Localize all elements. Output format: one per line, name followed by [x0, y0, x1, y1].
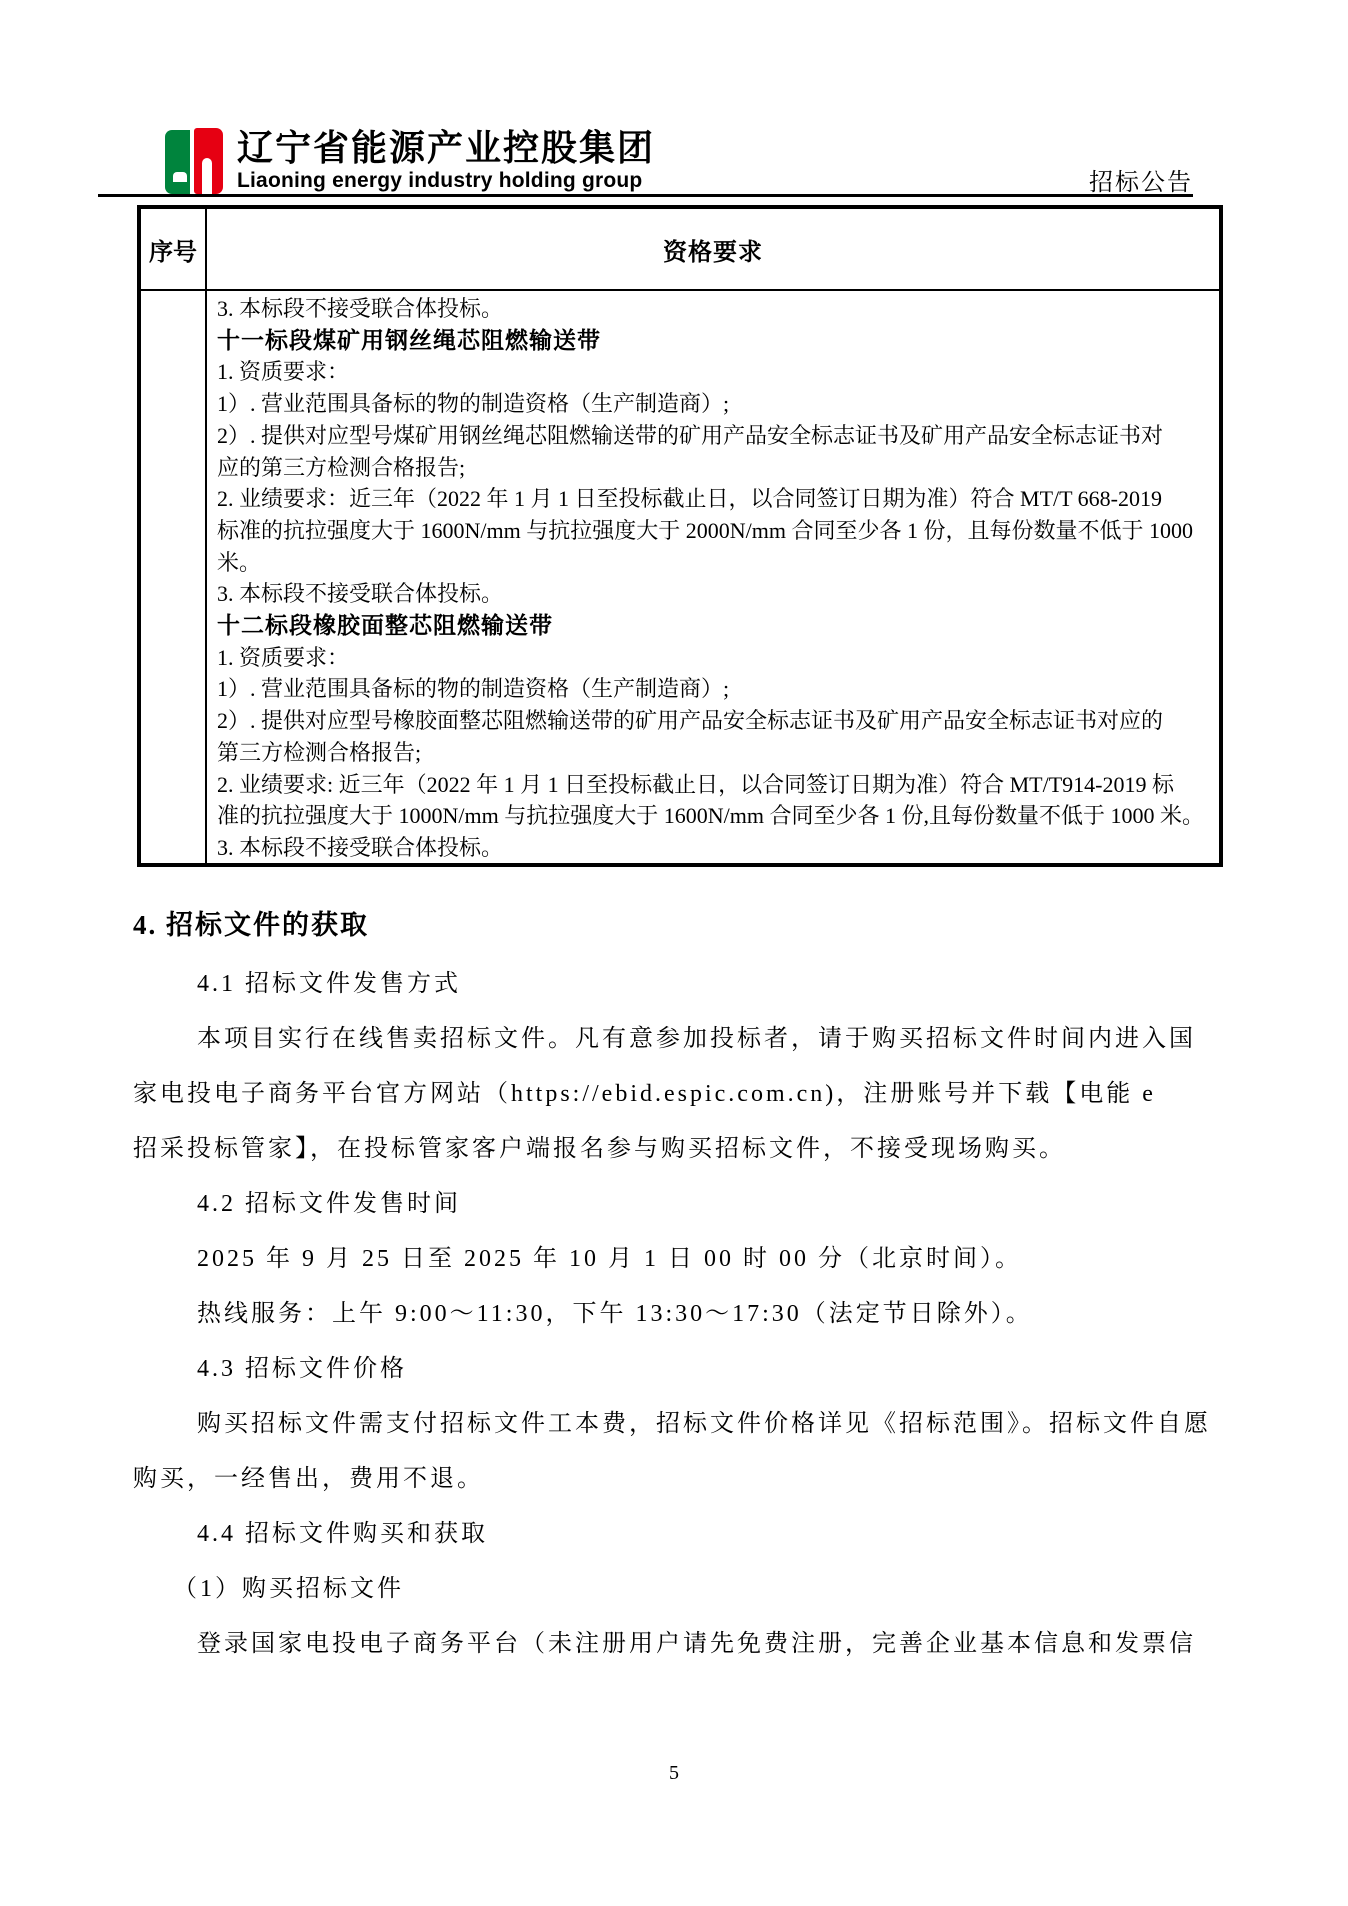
qualification-line: 2）. 提供对应型号橡胶面整芯阻燃输送带的矿用产品安全标志证书及矿用产品安全标志…: [217, 705, 1213, 737]
qualification-line: 2）. 提供对应型号煤矿用钢丝绳芯阻燃输送带的矿用产品安全标志证书及矿用产品安全…: [217, 420, 1213, 452]
logo-white-cutout: [202, 158, 212, 194]
section-4-line: 4.4 招标文件购买和获取: [133, 1507, 1221, 1562]
section-4-line: 4.3 招标文件价格: [133, 1342, 1221, 1397]
section-4-line: （1）购买招标文件: [133, 1562, 1221, 1617]
section-4-line: 登录国家电投电子商务平台（未注册用户请先免费注册，完善企业基本信息和发票信: [133, 1617, 1221, 1672]
header-divider: [98, 194, 1193, 197]
table-body-row: 3. 本标段不接受联合体投标。十一标段煤矿用钢丝绳芯阻燃输送带1. 资质要求：1…: [141, 291, 1219, 863]
section-4-heading: 4. 招标文件的获取: [133, 905, 1221, 957]
qualification-line: 3. 本标段不接受联合体投标。: [217, 293, 1213, 325]
qualification-line: 3. 本标段不接受联合体投标。: [217, 832, 1213, 863]
qualification-line: 米。: [217, 547, 1213, 579]
qualification-cell: 3. 本标段不接受联合体投标。十一标段煤矿用钢丝绳芯阻燃输送带1. 资质要求：1…: [207, 291, 1219, 863]
section-4-line: 本项目实行在线售卖招标文件。凡有意参加投标者，请于购买招标文件时间内进入国: [133, 1012, 1221, 1067]
qualification-line: 1）. 营业范围具备标的物的制造资格（生产制造商）;: [217, 673, 1213, 705]
company-name-cn: 辽宁省能源产业控股集团: [237, 128, 655, 168]
section-4-line: 购买招标文件需支付招标文件工本费，招标文件价格详见《招标范围》。招标文件自愿: [133, 1397, 1221, 1452]
company-logo-icon: [165, 128, 223, 194]
document-page: 辽宁省能源产业控股集团 Liaoning energy industry hol…: [0, 0, 1348, 1906]
section-4-line: 4.2 招标文件发售时间: [133, 1177, 1221, 1232]
table-header-row: 序号 资格要求: [141, 209, 1219, 291]
qualification-line: 应的第三方检测合格报告;: [217, 452, 1213, 484]
section-4-line: 2025 年 9 月 25 日至 2025 年 10 月 1 日 00 时 00…: [133, 1232, 1221, 1287]
logo-text-block: 辽宁省能源产业控股集团 Liaoning energy industry hol…: [237, 128, 655, 194]
serial-cell: [141, 291, 207, 863]
qualification-line: 十二标段橡胶面整芯阻燃输送带: [217, 610, 1213, 642]
logo-green-shape: [165, 130, 190, 194]
section-4-line: 购买，一经售出，费用不退。: [133, 1452, 1221, 1507]
page-number: 5: [0, 1762, 1348, 1785]
col-header-qualification: 资格要求: [207, 209, 1219, 289]
doc-type-label: 招标公告: [1089, 162, 1193, 197]
qualification-line: 2. 业绩要求: 近三年（2022 年 1 月 1 日至投标截止日，以合同签订日…: [217, 769, 1213, 801]
section-4-line: 4.1 招标文件发售方式: [133, 957, 1221, 1012]
qualification-line: 十一标段煤矿用钢丝绳芯阻燃输送带: [217, 325, 1213, 357]
section-4-line: 家电投电子商务平台官方网站（https://ebid.espic.com.cn)…: [133, 1067, 1221, 1122]
col-header-serial: 序号: [141, 209, 207, 289]
qualification-line: 3. 本标段不接受联合体投标。: [217, 578, 1213, 610]
company-logo: 辽宁省能源产业控股集团 Liaoning energy industry hol…: [165, 128, 655, 194]
company-name-en: Liaoning energy industry holding group: [237, 168, 655, 194]
qualification-line: 1. 资质要求：: [217, 356, 1213, 388]
section-4: 4. 招标文件的获取 4.1 招标文件发售方式本项目实行在线售卖招标文件。凡有意…: [133, 905, 1221, 1672]
qualification-table: 序号 资格要求 3. 本标段不接受联合体投标。十一标段煤矿用钢丝绳芯阻燃输送带1…: [137, 205, 1223, 867]
qualification-line: 第三方检测合格报告;: [217, 737, 1213, 769]
qualification-line: 1. 资质要求：: [217, 642, 1213, 674]
section-4-body: 4.1 招标文件发售方式本项目实行在线售卖招标文件。凡有意参加投标者，请于购买招…: [133, 957, 1221, 1672]
logo-white-notch: [173, 172, 187, 182]
qualification-line: 准的抗拉强度大于 1000N/mm 与抗拉强度大于 1600N/mm 合同至少各…: [217, 800, 1213, 832]
qualification-line: 标准的抗拉强度大于 1600N/mm 与抗拉强度大于 2000N/mm 合同至少…: [217, 515, 1213, 547]
qualification-line: 2. 业绩要求：近三年（2022 年 1 月 1 日至投标截止日，以合同签订日期…: [217, 483, 1213, 515]
section-4-line: 热线服务：上午 9:00～11:30，下午 13:30～17:30（法定节日除外…: [133, 1287, 1221, 1342]
qualification-line: 1）. 营业范围具备标的物的制造资格（生产制造商）;: [217, 388, 1213, 420]
section-4-line: 招采投标管家】，在投标管家客户端报名参与购买招标文件，不接受现场购买。: [133, 1122, 1221, 1177]
